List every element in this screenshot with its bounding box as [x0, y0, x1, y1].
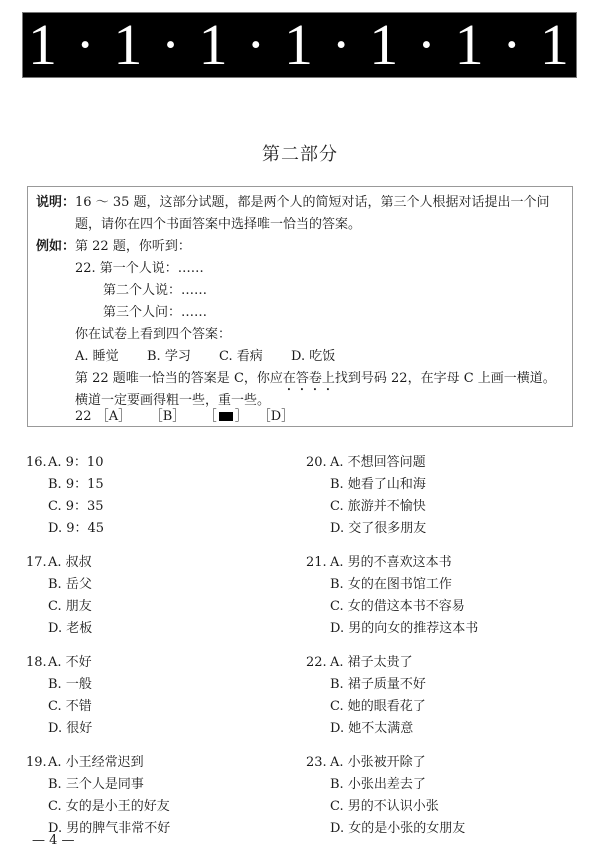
page-number: — 4 — — [32, 833, 75, 848]
dialog-line-2: 第二个人说：…… — [103, 280, 207, 302]
question-18: 18. A. 不好 B. 一般 C. 不错 D. 很好 — [26, 652, 286, 742]
answer-sheet-sample: 22 ［A］［B］［］［D］ — [75, 406, 294, 428]
option-d: D. 交了很多朋友 — [330, 518, 426, 540]
option-d: D. 她不太满意 — [330, 718, 413, 740]
question-number: 21. — [306, 552, 327, 574]
option-b: B. 岳父 — [48, 574, 92, 596]
question-number: 22. — [306, 652, 327, 674]
example-label: 例如： — [36, 239, 75, 254]
option-c: C. 9：35 — [48, 496, 104, 518]
option-b: B. 三个人是同事 — [48, 774, 144, 796]
option-a: A. 裙子太贵了 — [330, 652, 413, 674]
option-c: C. 她的眼看花了 — [330, 696, 426, 718]
note-line-2: 题，请你在四个书面答案中选择唯一恰当的答案。 — [75, 214, 361, 236]
option-a: A. 不想回答问题 — [330, 452, 426, 474]
note-label: 说明： — [36, 195, 75, 210]
bubble-b: ［B］ — [150, 406, 204, 428]
question-22: 22. A. 裙子太贵了 B. 裙子质量不好 C. 她的眼看花了 D. 她不太满… — [306, 652, 586, 742]
option-c: C. 朋友 — [48, 596, 92, 618]
answer-text-emphasized: 在答卷上 — [283, 371, 335, 386]
answer-sheet-number: 22 — [75, 409, 92, 424]
filled-mark-icon — [219, 412, 233, 421]
sample-option-a: A. 睡觉 — [75, 346, 147, 368]
question-number: 18. — [26, 652, 47, 674]
question-20: 20. A. 不想回答问题 B. 她看了山和海 C. 旅游并不愉快 D. 交了很… — [306, 452, 586, 542]
option-c: C. 不错 — [48, 696, 92, 718]
question-number: 23. — [306, 752, 327, 774]
see-options-line: 你在试卷上看到四个答案： — [75, 324, 231, 346]
option-c: C. 男的不认识小张 — [330, 796, 439, 818]
option-b: B. 小张出差去了 — [330, 774, 426, 796]
question-16: 16. A. 9：10 B. 9：15 C. 9：35 D. 9：45 — [26, 452, 286, 542]
sample-option-c: C. 看病 — [219, 346, 291, 368]
question-number: 16. — [26, 452, 47, 474]
option-b: B. 裙子质量不好 — [330, 674, 426, 696]
example-intro: 第 22 题，你听到： — [75, 239, 191, 254]
option-c: C. 女的借这本书不容易 — [330, 596, 465, 618]
note-text-1: 16 ～ 35 题，这部分试题，都是两个人的简短对话，第三个人根据对话提出一个问 — [75, 195, 549, 210]
bubble-c-filled: ［］ — [204, 406, 258, 428]
option-a: A. 小张被开除了 — [330, 752, 426, 774]
bubble-a: ［A］ — [96, 406, 150, 428]
sample-option-d: D. 吃饭 — [291, 349, 335, 364]
option-d: D. 9：45 — [48, 518, 104, 540]
option-a: A. 男的不喜欢这本书 — [330, 552, 452, 574]
option-b: B. 女的在图书馆工作 — [330, 574, 452, 596]
answer-text-post: 找到号码 22，在字母 C 上画一横道。 — [335, 371, 556, 386]
option-a: A. 9：10 — [48, 452, 103, 474]
instructions-box: 说明：16 ～ 35 题，这部分试题，都是两个人的简短对话，第三个人根据对话提出… — [27, 186, 573, 427]
sample-options-line: A. 睡觉B. 学习C. 看病D. 吃饭 — [75, 346, 335, 368]
question-number: 17. — [26, 552, 47, 574]
option-d: D. 老板 — [48, 618, 92, 640]
option-a: A. 叔叔 — [48, 552, 92, 574]
option-b: B. 9：15 — [48, 474, 104, 496]
option-c: C. 旅游并不愉快 — [330, 496, 426, 518]
dialog-line-1: 22. 第一个人说：…… — [75, 258, 204, 280]
question-17: 17. A. 叔叔 B. 岳父 C. 朋友 D. 老板 — [26, 552, 286, 642]
option-a: A. 小王经常迟到 — [48, 752, 144, 774]
question-23: 23. A. 小张被开除了 B. 小张出差去了 C. 男的不认识小张 D. 女的… — [306, 752, 586, 842]
question-21: 21. A. 男的不喜欢这本书 B. 女的在图书馆工作 C. 女的借这本书不容易… — [306, 552, 586, 642]
question-number: 20. — [306, 452, 327, 474]
sample-option-b: B. 学习 — [147, 346, 219, 368]
question-19: 19. A. 小王经常迟到 B. 三个人是同事 C. 女的是小王的好友 D. 男… — [26, 752, 286, 842]
option-d: D. 女的是小张的女朋友 — [330, 818, 465, 840]
option-a: A. 不好 — [48, 652, 92, 674]
option-b: B. 她看了山和海 — [330, 474, 426, 496]
option-b: B. 一般 — [48, 674, 92, 696]
note-line-1: 说明：16 ～ 35 题，这部分试题，都是两个人的简短对话，第三个人根据对话提出… — [36, 192, 550, 214]
section-title: 第二部分 — [0, 140, 600, 166]
banner-text: 1 · 1 · 1 · 1 · 1 · 1 · 1 — [28, 16, 571, 74]
dialog-line-3: 第三个人问：…… — [103, 302, 207, 324]
bubble-d: ［D］ — [258, 406, 294, 428]
option-d: D. 男的向女的推荐这本书 — [330, 618, 478, 640]
answer-text-pre: 第 22 题唯一恰当的答案是 C，你应 — [75, 371, 283, 386]
question-number: 19. — [26, 752, 47, 774]
example-intro-line: 例如：第 22 题，你听到： — [36, 236, 191, 258]
option-d: D. 很好 — [48, 718, 92, 740]
option-c: C. 女的是小王的好友 — [48, 796, 170, 818]
level-banner: 1 · 1 · 1 · 1 · 1 · 1 · 1 — [22, 12, 577, 78]
